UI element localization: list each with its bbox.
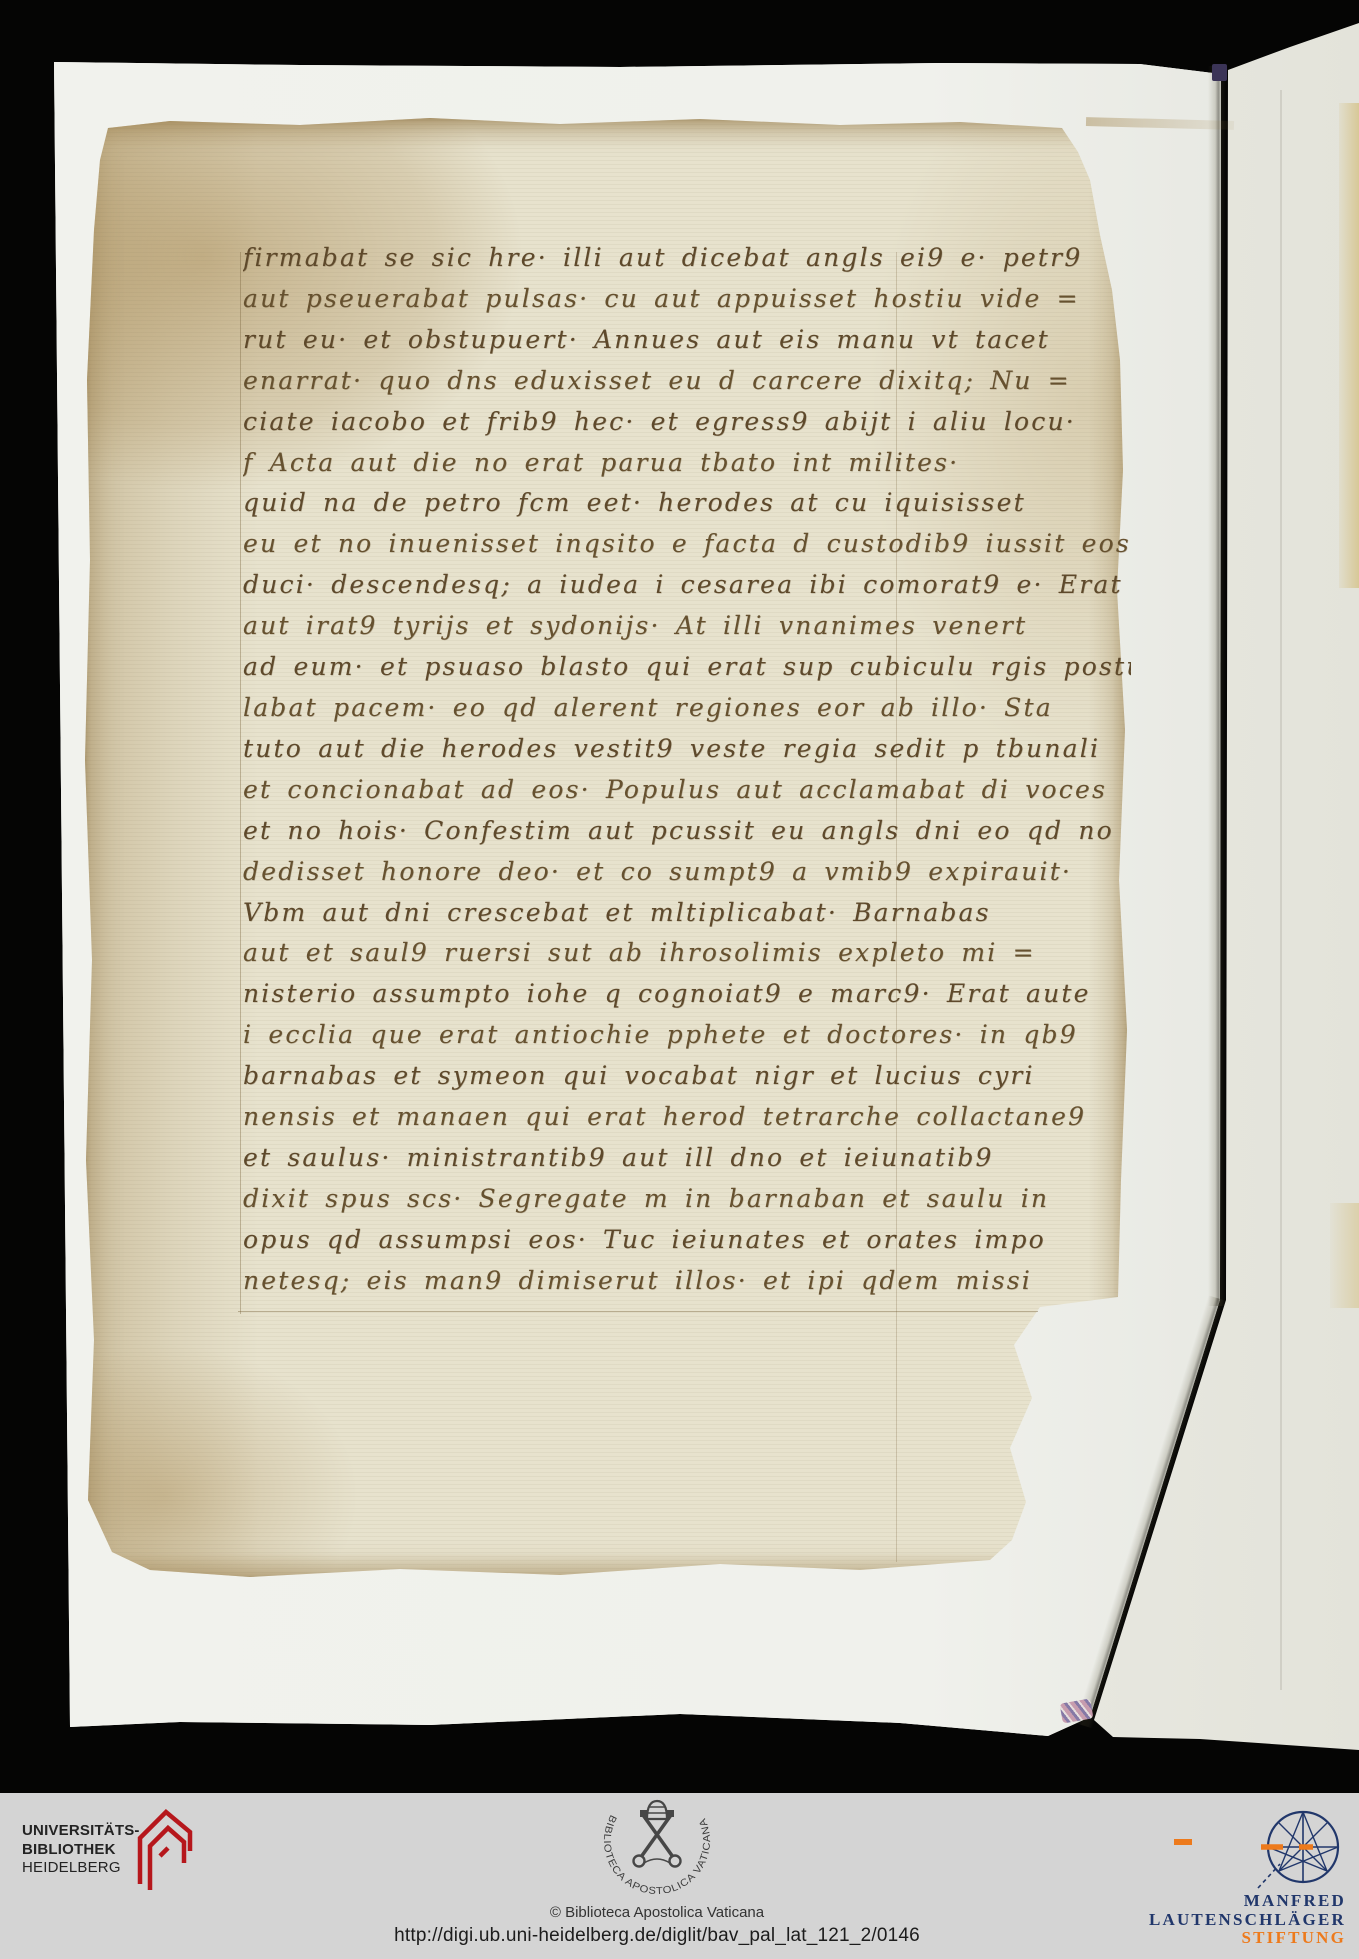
manuscript-text-line: Vbm aut dni crescebat et mltiplicabat· B… bbox=[243, 893, 1131, 934]
fore-edge-tint bbox=[1339, 103, 1359, 588]
manuscript-text-line: duci· descendesq; a iudea i cesarea ibi … bbox=[243, 565, 1131, 606]
vatican-emblem-icon: BIBLIOTECA APOSTOLICA VATICANA bbox=[577, 1799, 737, 1903]
manuscript-text-line: nisterio assumpto iohe q cognoiat9 e mar… bbox=[243, 974, 1131, 1015]
manuscript-text-block: firmabat se sic hre· illi aut dicebat an… bbox=[243, 238, 1131, 1316]
scan-url: http://digi.ub.uni-heidelberg.de/diglit/… bbox=[307, 1925, 1007, 1947]
foundation-line2: LAUTENSCHLÄGER bbox=[1149, 1911, 1346, 1930]
manuscript-text-line: dedisset honore deo· et co sumpt9 a vmib… bbox=[243, 852, 1131, 893]
manuscript-text-line: nensis et manaen qui erat herod tetrarch… bbox=[243, 1097, 1131, 1138]
book-photograph: firmabat se sic hre· illi aut dicebat an… bbox=[0, 0, 1359, 1793]
foundation-wordmark: MANFRED LAUTENSCHLÄGER STIFTUNG bbox=[1149, 1892, 1346, 1948]
ub-line3: HEIDELBERG bbox=[22, 1859, 140, 1878]
foundation-line1: MANFRED bbox=[1149, 1892, 1346, 1911]
manuscript-text-line: ad eum· et psuaso blasto qui erat sup cu… bbox=[243, 647, 1131, 688]
copyright-caption: © Biblioteca Apostolica Vaticana bbox=[382, 1904, 932, 1921]
right-page-crease bbox=[1280, 90, 1282, 1690]
globe-icon bbox=[1250, 1798, 1358, 1892]
manuscript-text-line: ciate iacobo et frib9 hec· et egress9 ab… bbox=[243, 402, 1131, 443]
orange-dash-icon bbox=[1174, 1839, 1192, 1845]
manuscript-text-line: tuto aut die herodes vestit9 veste regia… bbox=[243, 729, 1131, 770]
foundation-line3: STIFTUNG bbox=[1149, 1929, 1346, 1948]
manuscript-text-line: netesq; eis man9 dimiserut illos· et ipi… bbox=[243, 1261, 1131, 1302]
spine-headband bbox=[1212, 64, 1227, 81]
footer-bar: UNIVERSITÄTS- BIBLIOTHEK HEIDELBERG BIBL… bbox=[0, 1793, 1359, 1959]
manuscript-text-line: quid na de petro fcm eet· herodes at cu … bbox=[243, 483, 1131, 524]
manuscript-text-line: dixit spus scs· Segregate m in barnaban … bbox=[243, 1179, 1131, 1220]
manuscript-text-line: aut pseuerabat pulsas· cu aut appuisset … bbox=[243, 279, 1131, 320]
manuscript-text-line: aut irat9 tyrijs et sydonijs· At illi vn… bbox=[243, 606, 1131, 647]
manuscript-text-line: et no hois· Confestim aut pcussit eu ang… bbox=[243, 811, 1131, 852]
manuscript-text-line: eu et no inuenisset inqsito e facta d cu… bbox=[243, 524, 1131, 565]
ub-heidelberg-book-icon bbox=[134, 1804, 200, 1892]
manuscript-text-line: rut eu· et obstupuert· Annues aut eis ma… bbox=[243, 320, 1131, 361]
manuscript-text-line: opus qd assumpsi eos· Tuc ieiunates et o… bbox=[243, 1220, 1131, 1261]
ub-line2: BIBLIOTHEK bbox=[22, 1841, 140, 1860]
manuscript-text-line: barnabas et symeon qui vocabat nigr et l… bbox=[243, 1056, 1131, 1097]
manuscript-text-line: labat pacem· eo qd alerent regiones eor … bbox=[243, 688, 1131, 729]
manuscript-text-line: f Acta aut die no erat parua tbato int m… bbox=[243, 443, 1131, 484]
vatican-ring-text: BIBLIOTECA APOSTOLICA VATICANA bbox=[601, 1813, 713, 1897]
manuscript-text-line: firmabat se sic hre· illi aut dicebat an… bbox=[243, 238, 1131, 279]
svg-text:BIBLIOTECA APOSTOLICA VATICANA: BIBLIOTECA APOSTOLICA VATICANA bbox=[601, 1813, 713, 1897]
scan-viewer-page: firmabat se sic hre· illi aut dicebat an… bbox=[0, 0, 1359, 1959]
ub-heidelberg-wordmark: UNIVERSITÄTS- BIBLIOTHEK HEIDELBERG bbox=[22, 1822, 140, 1878]
manuscript-text-line: aut et saul9 ruersi sut ab ihrosolimis e… bbox=[243, 933, 1131, 974]
manuscript-text-line: et concionabat ad eos· Populus aut accla… bbox=[243, 770, 1131, 811]
manuscript-text-line: i ecclia que erat antiochie pphete et do… bbox=[243, 1015, 1131, 1056]
manuscript-text-line: enarrat· quo dns eduxisset eu d carcere … bbox=[243, 361, 1131, 402]
manuscript-text-line: et saulus· ministrantib9 aut ill dno et … bbox=[243, 1138, 1131, 1179]
ruling-line-left bbox=[240, 252, 241, 1314]
ub-line1: UNIVERSITÄTS- bbox=[22, 1822, 140, 1841]
gutter-shadow-upper bbox=[1208, 66, 1226, 1306]
fore-edge-tint-lower bbox=[1330, 1203, 1359, 1308]
